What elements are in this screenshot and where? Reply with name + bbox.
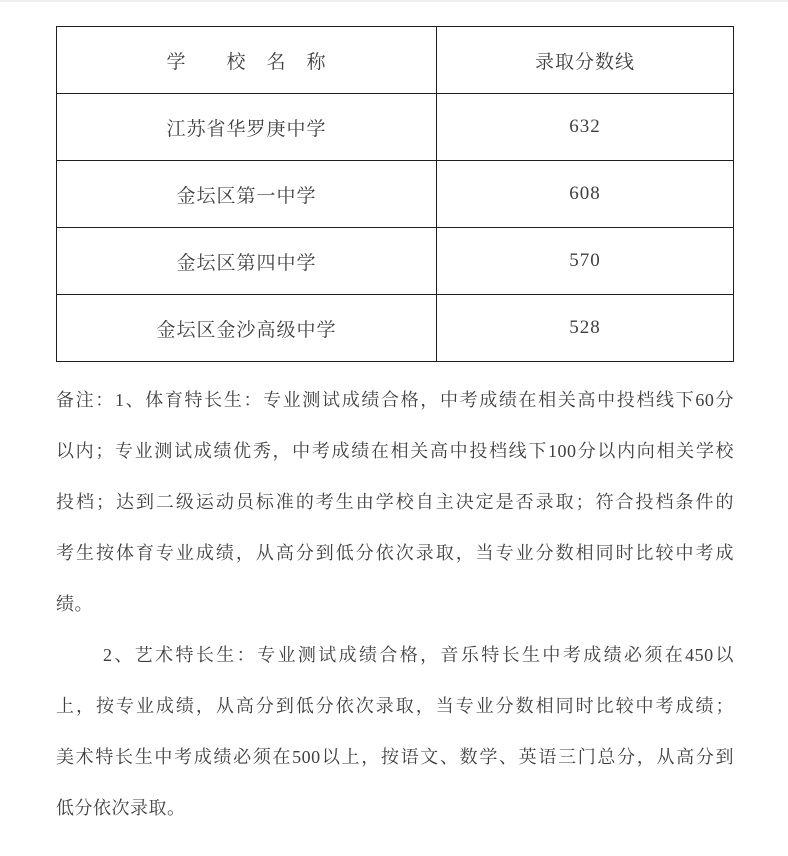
school-name-cell: 江苏省华罗庚中学 <box>57 94 437 161</box>
notes-section: 备注：1、体育特长生：专业测试成绩合格，中考成绩在相关高中投档线下60分 以内；… <box>56 375 734 834</box>
table-header-row: 学 校 名 称 录取分数线 <box>57 27 734 94</box>
score-table: 学 校 名 称 录取分数线 江苏省华罗庚中学 632 金坛区第一中学 608 金… <box>56 26 734 362</box>
table-row: 金坛区第四中学 570 <box>57 228 734 295</box>
school-name-cell: 金坛区第一中学 <box>57 161 437 228</box>
note-line: 绩。 <box>56 579 734 630</box>
score-cell: 608 <box>437 161 734 228</box>
school-name-cell: 金坛区第四中学 <box>57 228 437 295</box>
document-page: 学 校 名 称 录取分数线 江苏省华罗庚中学 632 金坛区第一中学 608 金… <box>0 2 788 834</box>
score-cell: 570 <box>437 228 734 295</box>
score-cell: 632 <box>437 94 734 161</box>
table-row: 金坛区第一中学 608 <box>57 161 734 228</box>
table-row: 金坛区金沙高级中学 528 <box>57 295 734 362</box>
note-line: 上，按专业成绩，从高分到低分依次录取，当专业分数相同时比较中考成绩； <box>56 681 734 732</box>
score-cell: 528 <box>437 295 734 362</box>
note-line: 美术特长生中考成绩必须在500以上，按语文、数学、英语三门总分，从高分到 <box>56 732 734 783</box>
note-line: 投档；达到二级运动员标准的考生由学校自主决定是否录取；符合投档条件的 <box>56 477 734 528</box>
score-header-cell: 录取分数线 <box>437 27 734 94</box>
note-line: 低分依次录取。 <box>56 783 734 834</box>
note-line: 备注：1、体育特长生：专业测试成绩合格，中考成绩在相关高中投档线下60分 <box>56 375 734 426</box>
table-row: 江苏省华罗庚中学 632 <box>57 94 734 161</box>
note-line: 2、艺术特长生：专业测试成绩合格，音乐特长生中考成绩必须在450以 <box>56 630 734 681</box>
school-name-cell: 金坛区金沙高级中学 <box>57 295 437 362</box>
school-name-header-cell: 学 校 名 称 <box>57 27 437 94</box>
note-line: 考生按体育专业成绩，从高分到低分依次录取，当专业分数相同时比较中考成 <box>56 528 734 579</box>
note-line: 以内；专业测试成绩优秀，中考成绩在相关高中投档线下100分以内向相关学校 <box>56 426 734 477</box>
